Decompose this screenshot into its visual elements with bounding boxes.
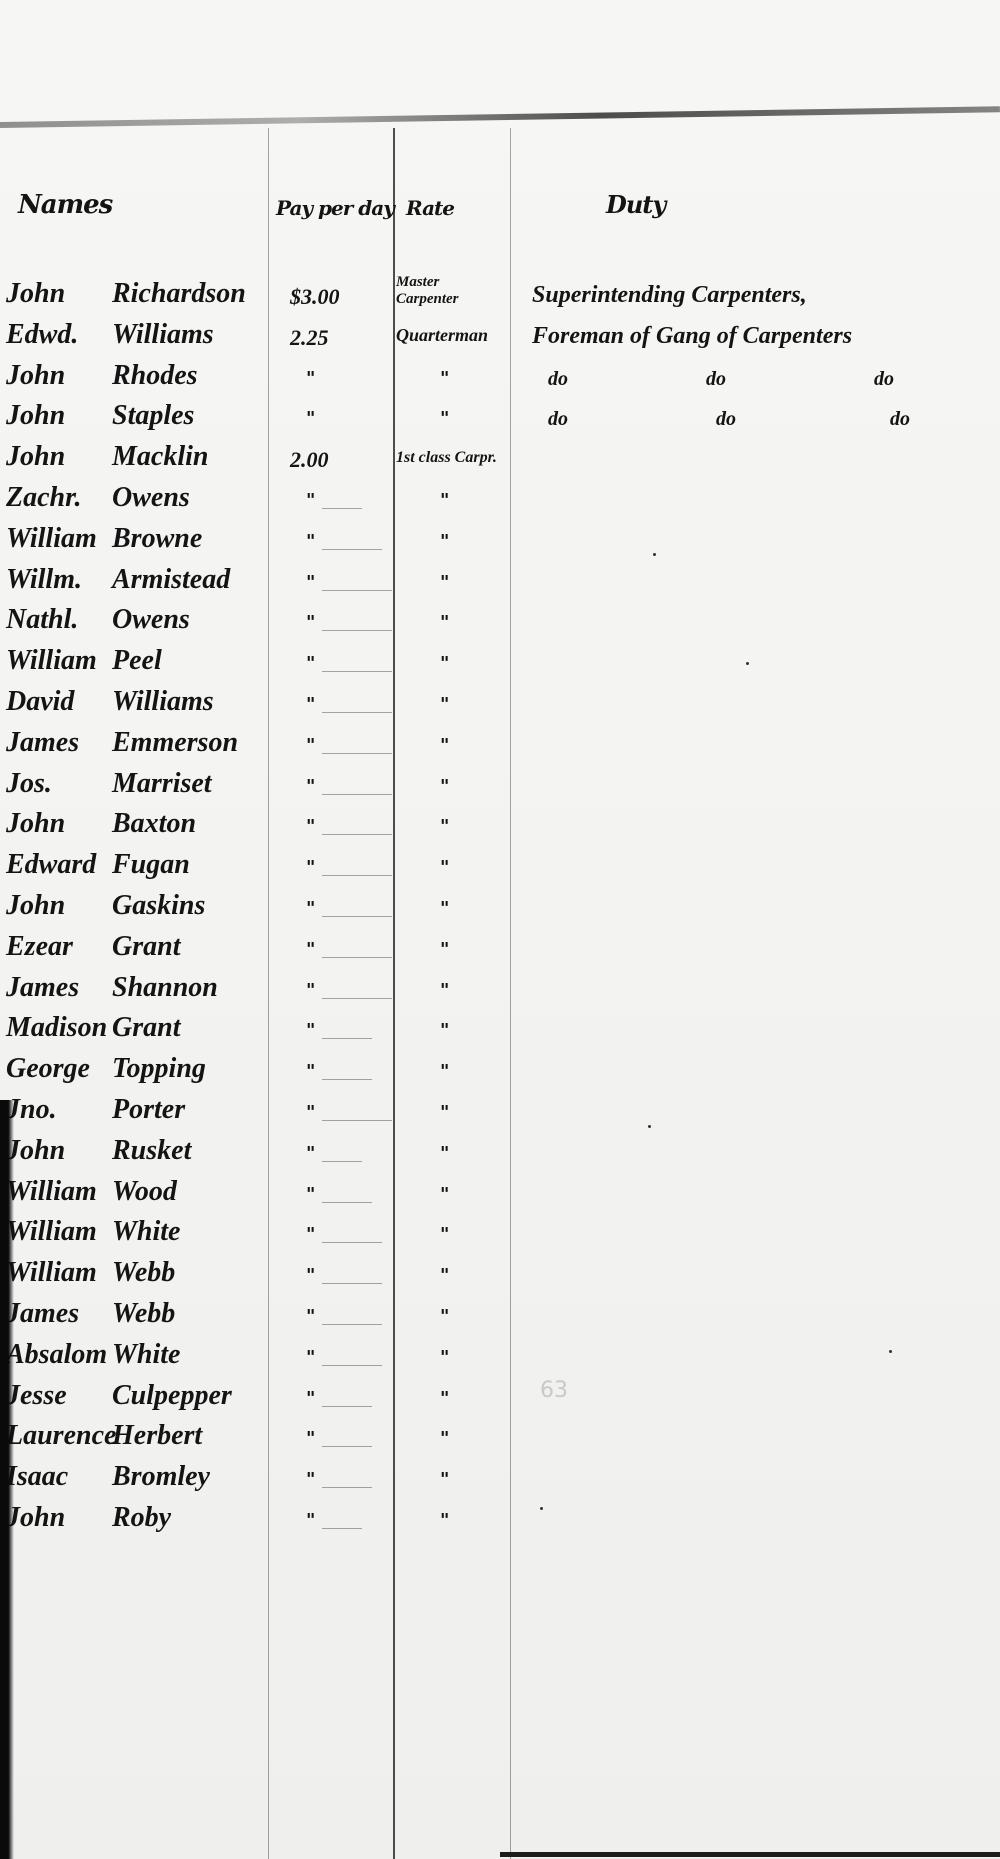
last-name: Browne: [112, 523, 202, 555]
ink-speck: [540, 1507, 543, 1510]
rate-ditto-mark: ": [440, 735, 449, 756]
pay-ditto-mark: ": [306, 735, 315, 756]
rate-ditto-mark: ": [440, 939, 449, 960]
table-row: John Macklin 2.00 1st class Carpr.: [0, 441, 1000, 482]
pay-ditto-mark: ": [306, 857, 315, 878]
pay-ditto-mark: ": [306, 408, 315, 429]
rate-ditto-mark: ": [440, 572, 449, 593]
last-name: Peel: [112, 645, 162, 677]
duty-do-mark: do: [548, 408, 568, 431]
last-name: White: [112, 1339, 180, 1371]
first-name: Absalom: [6, 1339, 107, 1371]
rate: Master Carpenter: [396, 274, 456, 308]
table-row: JamesWebb"": [0, 1298, 1000, 1339]
table-row: JohnBaxton"": [0, 808, 1000, 849]
first-name: John: [6, 400, 65, 432]
ditto-dash: [322, 712, 392, 713]
last-name: Staples: [112, 400, 194, 432]
duty: Superintending Carpenters,: [532, 282, 807, 309]
last-name: Owens: [112, 604, 190, 636]
ledger-page: Names Pay per day Rate Duty John Richard…: [0, 0, 1000, 1859]
last-name: Williams: [112, 319, 214, 351]
rate-ditto-mark: ": [440, 857, 449, 878]
first-name: John: [6, 1502, 65, 1534]
last-name: Owens: [112, 482, 190, 514]
ditto-dash: [322, 1406, 372, 1407]
rate-ditto-mark: ": [440, 776, 449, 797]
rate-ditto-mark: ": [440, 1306, 449, 1327]
rate-ditto-mark: ": [440, 816, 449, 837]
pay-ditto-mark: ": [306, 368, 315, 389]
top-rule: [0, 106, 1000, 128]
first-name: James: [6, 727, 79, 759]
ink-speck: [653, 553, 656, 556]
last-name: Porter: [112, 1094, 185, 1126]
first-name: Madison: [6, 1012, 107, 1044]
ditto-dash: [322, 794, 392, 795]
first-name: William: [6, 1216, 97, 1248]
table-row: JamesEmmerson"": [0, 727, 1000, 768]
pay-ditto-mark: ": [306, 653, 315, 674]
pay-ditto-mark: ": [306, 980, 315, 1001]
first-name: James: [6, 1298, 79, 1330]
first-name: William: [6, 1176, 97, 1208]
header-rate: Rate: [406, 196, 454, 220]
last-name: Herbert: [112, 1420, 202, 1452]
pay-ditto-mark: ": [306, 939, 315, 960]
first-name: Laurence: [6, 1420, 116, 1452]
ditto-dash: [322, 1120, 392, 1121]
table-row: WilliamWebb"": [0, 1257, 1000, 1298]
table-row: JohnGaskins"": [0, 890, 1000, 931]
pay-ditto-mark: ": [306, 1347, 315, 1368]
ditto-dash: [322, 1446, 372, 1447]
ditto-dash: [322, 1038, 372, 1039]
first-name: William: [6, 1257, 97, 1289]
last-name: Rhodes: [112, 360, 198, 392]
pay-ditto-mark: ": [306, 490, 315, 511]
pay-ditto-mark: ": [306, 1061, 315, 1082]
table-row: JohnRusket"": [0, 1135, 1000, 1176]
duty-do-mark: do: [874, 368, 894, 391]
table-row: EdwardFugan"": [0, 849, 1000, 890]
page-edge-shadow: [0, 1100, 14, 1859]
ditto-dash: [322, 957, 392, 958]
last-name: Armistead: [112, 564, 230, 596]
ditto-dash: [322, 834, 392, 835]
table-row: John Richardson $3.00 Master Carpenter S…: [0, 278, 1000, 319]
ditto-dash: [322, 630, 392, 631]
table-row: Jno.Porter"": [0, 1094, 1000, 1135]
first-name: Edwd.: [6, 319, 78, 351]
ledger-rows: John Richardson $3.00 Master Carpenter S…: [0, 278, 1000, 1543]
duty-do-mark: do: [706, 368, 726, 391]
ditto-dash: [322, 1202, 372, 1203]
table-row: IsaacBromley"": [0, 1461, 1000, 1502]
ditto-dash: [322, 1079, 372, 1080]
last-name: Rusket: [112, 1135, 191, 1167]
rate-ditto-mark: ": [440, 1469, 449, 1490]
rate-ditto-mark: ": [440, 1143, 449, 1164]
last-name: Bromley: [112, 1461, 210, 1493]
ditto-dash: [322, 671, 392, 672]
table-row: WilliamWood"": [0, 1176, 1000, 1217]
rate-ditto-mark: ": [440, 408, 449, 429]
rate-ditto-mark: ": [440, 1020, 449, 1041]
table-row: Jos.Marriset"": [0, 768, 1000, 809]
rate-ditto-mark: ": [440, 1102, 449, 1123]
ditto-dash: [322, 1365, 382, 1366]
rate-ditto-mark: ": [440, 1224, 449, 1245]
ditto-dash: [322, 508, 362, 509]
pay-ditto-mark: ": [306, 1469, 315, 1490]
last-name: Webb: [112, 1257, 175, 1289]
page-number-stamp: 63: [540, 1378, 568, 1403]
ditto-dash: [322, 998, 392, 999]
table-row: Nathl.Owens"": [0, 604, 1000, 645]
ditto-dash: [322, 916, 392, 917]
table-row: Edwd. Williams 2.25 Quarterman Foreman o…: [0, 319, 1000, 360]
last-name: Marriset: [112, 768, 212, 800]
ditto-dash: [322, 1283, 382, 1284]
first-name: Zachr.: [6, 482, 81, 514]
rate-ditto-mark: ": [440, 1061, 449, 1082]
ditto-dash: [322, 1528, 362, 1529]
rate-ditto-mark: ": [440, 1265, 449, 1286]
table-row: WilliamBrowne"": [0, 523, 1000, 564]
first-name: Jesse: [6, 1380, 67, 1412]
last-name: Shannon: [112, 972, 218, 1004]
duty: Foreman of Gang of Carpenters: [532, 323, 852, 350]
pay-ditto-mark: ": [306, 612, 315, 633]
pay-ditto-mark: ": [306, 1428, 315, 1449]
last-name: Roby: [112, 1502, 171, 1534]
pay-ditto-mark: ": [306, 1265, 315, 1286]
table-row: WilliamPeel"": [0, 645, 1000, 686]
last-name: Grant: [112, 931, 180, 963]
pay-ditto-mark: ": [306, 816, 315, 837]
first-name: David: [6, 686, 74, 718]
first-name: Edward: [6, 849, 96, 881]
rate-ditto-mark: ": [440, 531, 449, 552]
table-row: DavidWilliams"": [0, 686, 1000, 727]
last-name: Williams: [112, 686, 214, 718]
table-row: WilliamWhite"": [0, 1216, 1000, 1257]
pay-ditto-mark: ": [306, 1184, 315, 1205]
table-row: John Staples " " do do do: [0, 400, 1000, 441]
first-name: Isaac: [6, 1461, 68, 1493]
ink-speck: [648, 1125, 651, 1128]
pay-ditto-mark: ": [306, 1306, 315, 1327]
table-row: JesseCulpepper"": [0, 1380, 1000, 1421]
ditto-dash: [322, 549, 382, 550]
last-name: Grant: [112, 1012, 180, 1044]
first-name: George: [6, 1053, 90, 1085]
ditto-dash: [322, 1242, 382, 1243]
first-name: William: [6, 645, 97, 677]
pay-ditto-mark: ": [306, 1510, 315, 1531]
last-name: Culpepper: [112, 1380, 232, 1412]
last-name: Baxton: [112, 808, 196, 840]
table-row: John Rhodes " " do do do: [0, 360, 1000, 401]
table-row: LaurenceHerbert"": [0, 1420, 1000, 1461]
first-name: Jos.: [6, 768, 52, 800]
rate-ditto-mark: ": [440, 1388, 449, 1409]
rate-ditto-mark: ": [440, 368, 449, 389]
pay-ditto-mark: ": [306, 1020, 315, 1041]
table-row: MadisonGrant"": [0, 1012, 1000, 1053]
ink-speck: [746, 662, 749, 665]
pay-ditto-mark: ": [306, 776, 315, 797]
first-name: John: [6, 441, 65, 473]
header-names: Names: [18, 190, 112, 220]
table-row: GeorgeTopping"": [0, 1053, 1000, 1094]
rate: 1st class Carpr.: [396, 449, 497, 466]
pay-per-day: 2.00: [290, 447, 329, 473]
table-row: Zachr.Owens"": [0, 482, 1000, 523]
last-name: Fugan: [112, 849, 190, 881]
first-name: Willm.: [6, 564, 82, 596]
first-name: Ezear: [6, 931, 73, 963]
table-row: JohnRoby"": [0, 1502, 1000, 1543]
pay-ditto-mark: ": [306, 1143, 315, 1164]
first-name: John: [6, 890, 65, 922]
first-name: John: [6, 278, 65, 310]
table-row: Willm.Armistead"": [0, 564, 1000, 605]
pay-ditto-mark: ": [306, 694, 315, 715]
table-row: JamesShannon"": [0, 972, 1000, 1013]
pay-per-day: 2.25: [290, 325, 329, 351]
rate-ditto-mark: ": [440, 1347, 449, 1368]
ink-speck: [889, 1350, 892, 1353]
first-name: James: [6, 972, 79, 1004]
last-name: Gaskins: [112, 890, 205, 922]
ditto-dash: [322, 1324, 382, 1325]
header-duty: Duty: [606, 190, 665, 219]
rate-ditto-mark: ": [440, 694, 449, 715]
rate-ditto-mark: ": [440, 490, 449, 511]
duty-do-mark: do: [548, 368, 568, 391]
rate: Quarterman: [396, 327, 488, 344]
ditto-dash: [322, 875, 392, 876]
bottom-rule: [500, 1852, 1000, 1857]
ditto-dash: [322, 1161, 362, 1162]
first-name: William: [6, 523, 97, 555]
header-pay-per-day: Pay per day: [276, 196, 394, 220]
rate-ditto-mark: ": [440, 653, 449, 674]
rate-ditto-mark: ": [440, 1184, 449, 1205]
ditto-dash: [322, 590, 392, 591]
rate-ditto-mark: ": [440, 612, 449, 633]
first-name: John: [6, 808, 65, 840]
pay-ditto-mark: ": [306, 572, 315, 593]
table-row: EzearGrant"": [0, 931, 1000, 972]
last-name: Topping: [112, 1053, 206, 1085]
ditto-dash: [322, 1487, 372, 1488]
last-name: White: [112, 1216, 180, 1248]
rate-ditto-mark: ": [440, 1428, 449, 1449]
first-name: Nathl.: [6, 604, 78, 636]
rate-ditto-mark: ": [440, 898, 449, 919]
rate-ditto-mark: ": [440, 980, 449, 1001]
first-name: John: [6, 1135, 65, 1167]
first-name: John: [6, 360, 65, 392]
last-name: Emmerson: [112, 727, 238, 759]
last-name: Macklin: [112, 441, 208, 473]
last-name: Webb: [112, 1298, 175, 1330]
ditto-dash: [322, 753, 392, 754]
rate-ditto-mark: ": [440, 1510, 449, 1531]
pay-ditto-mark: ": [306, 531, 315, 552]
pay-ditto-mark: ": [306, 1388, 315, 1409]
duty-do-mark: do: [716, 408, 736, 431]
pay-ditto-mark: ": [306, 1224, 315, 1245]
pay-ditto-mark: ": [306, 898, 315, 919]
duty-do-mark: do: [890, 408, 910, 431]
table-row: AbsalomWhite"": [0, 1339, 1000, 1380]
last-name: Wood: [112, 1176, 177, 1208]
last-name: Richardson: [112, 278, 246, 310]
pay-ditto-mark: ": [306, 1102, 315, 1123]
pay-per-day: $3.00: [290, 284, 340, 310]
